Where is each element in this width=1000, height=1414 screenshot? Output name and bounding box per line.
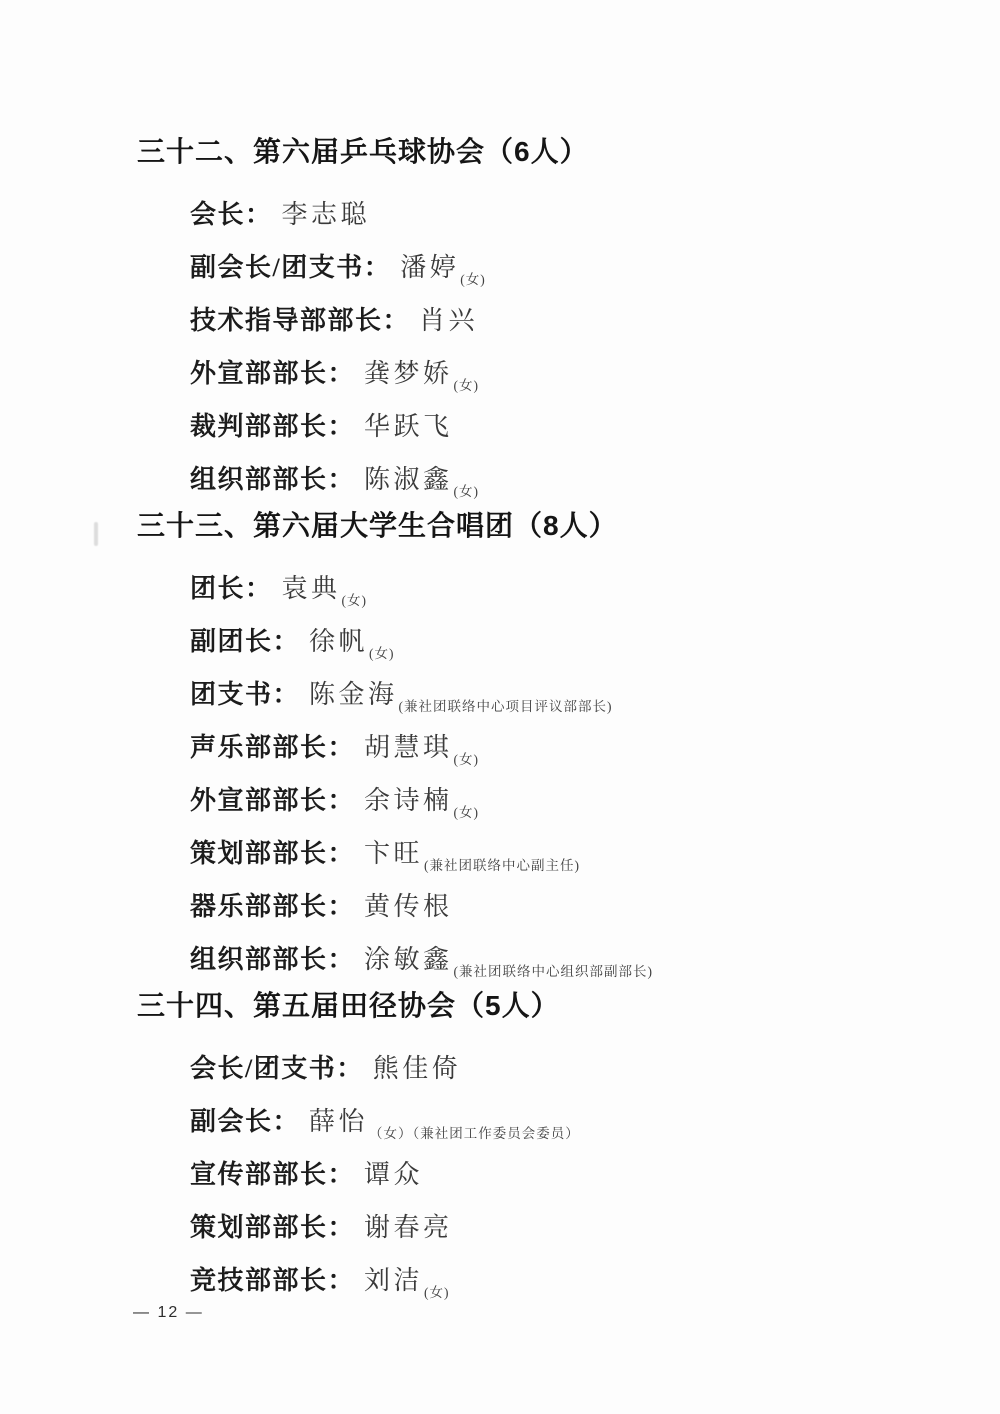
note-annotation: (女)	[342, 593, 368, 608]
entry-row: 技术指导部部长：肖兴	[190, 294, 1000, 347]
note-annotation: (女)	[424, 1285, 450, 1300]
section-track-field-association: 三十四、第五届田径协会（5人） 会长/团支书：熊佳倚 副会长：薛怡（女）（兼社团…	[0, 986, 1000, 1307]
entry-row: 团长：袁典(女)	[190, 562, 1000, 615]
entry-row: 声乐部部长：胡慧琪(女)	[190, 721, 1000, 774]
note-annotation: (兼社团联络中心组织部副部长)	[454, 964, 654, 979]
person-name: 袁典	[282, 574, 341, 603]
position-label: 会长/团支书：	[190, 1054, 364, 1083]
entry-row: 外宣部部长：龚梦娇(女)	[190, 347, 1000, 400]
person-name: 胡慧琪	[364, 733, 453, 762]
position-label: 策划部部长：	[190, 1213, 355, 1242]
entry-row: 外宣部部长：余诗楠(女)	[190, 774, 1000, 827]
person-name: 潘婷	[400, 253, 459, 282]
note-annotation: (女)	[454, 378, 480, 393]
section-student-choir: 三十三、第六届大学生合唱团（8人） 团长：袁典(女) 副团长：徐帆(女) 团支书…	[0, 506, 1000, 986]
note-annotation: (女)	[454, 752, 480, 767]
entry-row: 会长：李志聪	[190, 188, 1000, 241]
entry-row: 组织部部长：陈淑鑫(女)	[190, 453, 1000, 506]
person-name: 薛怡	[309, 1107, 368, 1136]
note-annotation: (女)	[454, 805, 480, 820]
position-label: 策划部部长：	[190, 839, 355, 868]
person-name: 谭众	[364, 1160, 423, 1189]
position-label: 副团长：	[190, 627, 300, 656]
section-heading: 三十三、第六届大学生合唱团（8人）	[137, 506, 1000, 562]
person-name: 龚梦娇	[364, 359, 453, 388]
position-label: 声乐部部长：	[190, 733, 355, 762]
person-name: 刘洁	[364, 1266, 423, 1295]
person-name: 徐帆	[309, 627, 368, 656]
position-label: 会长：	[190, 200, 273, 229]
entry-row: 裁判部部长：华跃飞	[190, 400, 1000, 453]
person-name: 熊佳倚	[373, 1054, 462, 1083]
position-label: 技术指导部部长：	[190, 306, 410, 335]
note-annotation: (女)	[454, 484, 480, 499]
entry-row: 宣传部部长：谭众	[190, 1148, 1000, 1201]
position-label: 组织部部长：	[190, 465, 355, 494]
section-table-tennis-association: 三十二、第六届乒乓球协会（6人） 会长：李志聪 副会长/团支书：潘婷(女) 技术…	[0, 132, 1000, 506]
position-label: 裁判部部长：	[190, 412, 355, 441]
position-label: 外宣部部长：	[190, 786, 355, 815]
position-label: 宣传部部长：	[190, 1160, 355, 1189]
document-content: 三十二、第六届乒乓球协会（6人） 会长：李志聪 副会长/团支书：潘婷(女) 技术…	[0, 132, 1000, 1307]
person-name: 黄传根	[364, 892, 453, 921]
person-name: 涂敏鑫	[364, 945, 453, 974]
person-name: 卞旺	[364, 839, 423, 868]
note-annotation: (女)	[369, 646, 395, 661]
entry-row: 会长/团支书：熊佳倚	[190, 1042, 1000, 1095]
position-label: 团长：	[190, 574, 273, 603]
document-page: 三十二、第六届乒乓球协会（6人） 会长：李志聪 副会长/团支书：潘婷(女) 技术…	[0, 0, 1000, 1414]
position-label: 外宣部部长：	[190, 359, 355, 388]
person-name: 陈金海	[309, 680, 398, 709]
position-label: 竞技部部长：	[190, 1266, 355, 1295]
note-annotation: (兼社团联络中心副主任)	[424, 858, 580, 873]
person-name: 陈淑鑫	[364, 465, 453, 494]
position-label: 团支书：	[190, 680, 300, 709]
position-label: 副会长/团支书：	[190, 253, 391, 282]
position-label: 副会长：	[190, 1107, 300, 1136]
entry-row: 器乐部部长：黄传根	[190, 880, 1000, 933]
entry-row: 副会长：薛怡（女）（兼社团工作委员会委员）	[190, 1095, 1000, 1148]
person-name: 余诗楠	[364, 786, 453, 815]
entry-row: 策划部部长：卞旺(兼社团联络中心副主任)	[190, 827, 1000, 880]
position-label: 组织部部长：	[190, 945, 355, 974]
person-name: 谢春亮	[364, 1213, 453, 1242]
entry-row: 组织部部长：涂敏鑫(兼社团联络中心组织部副部长)	[190, 933, 1000, 986]
note-annotation: (女)	[460, 272, 486, 287]
section-heading: 三十四、第五届田径协会（5人）	[137, 986, 1000, 1042]
entry-row: 策划部部长：谢春亮	[190, 1201, 1000, 1254]
entry-row: 竞技部部长：刘洁(女)	[190, 1254, 1000, 1307]
person-name: 肖兴	[419, 306, 478, 335]
person-name: 华跃飞	[364, 412, 453, 441]
position-label: 器乐部部长：	[190, 892, 355, 921]
page-number: — 12 —	[133, 1304, 204, 1322]
section-heading: 三十二、第六届乒乓球协会（6人）	[137, 132, 1000, 188]
person-name: 李志聪	[282, 200, 371, 229]
entry-row: 副会长/团支书：潘婷(女)	[190, 241, 1000, 294]
entry-row: 副团长：徐帆(女)	[190, 615, 1000, 668]
note-annotation: (兼社团联络中心项目评议部部长)	[399, 699, 613, 714]
note-annotation: （女）（兼社团工作委员会委员）	[369, 1126, 580, 1141]
entry-row: 团支书：陈金海(兼社团联络中心项目评议部部长)	[190, 668, 1000, 721]
